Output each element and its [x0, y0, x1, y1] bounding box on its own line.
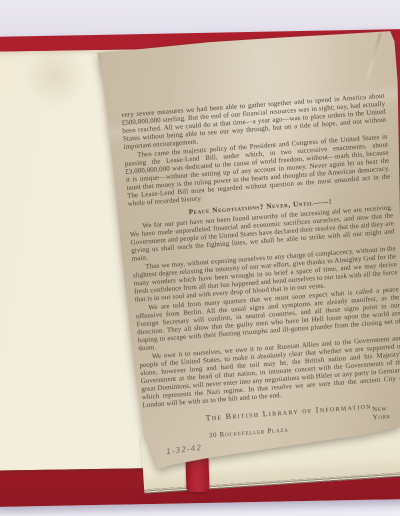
publisher-name: The British Library of Information — [205, 402, 372, 422]
publisher-city: New York — [372, 404, 400, 422]
pamphlet-paper: very severe measures we had been able to… — [90, 28, 400, 473]
paper-crease — [363, 33, 382, 89]
handwritten-catalog-number: 1-32-42 — [166, 443, 203, 456]
pamphlet: very severe measures we had been able to… — [90, 28, 400, 473]
photo-of-pamphlet-in-book: very severe measures we had been able to… — [0, 0, 400, 516]
pamphlet-text: very severe measures we had been able to… — [121, 93, 400, 445]
